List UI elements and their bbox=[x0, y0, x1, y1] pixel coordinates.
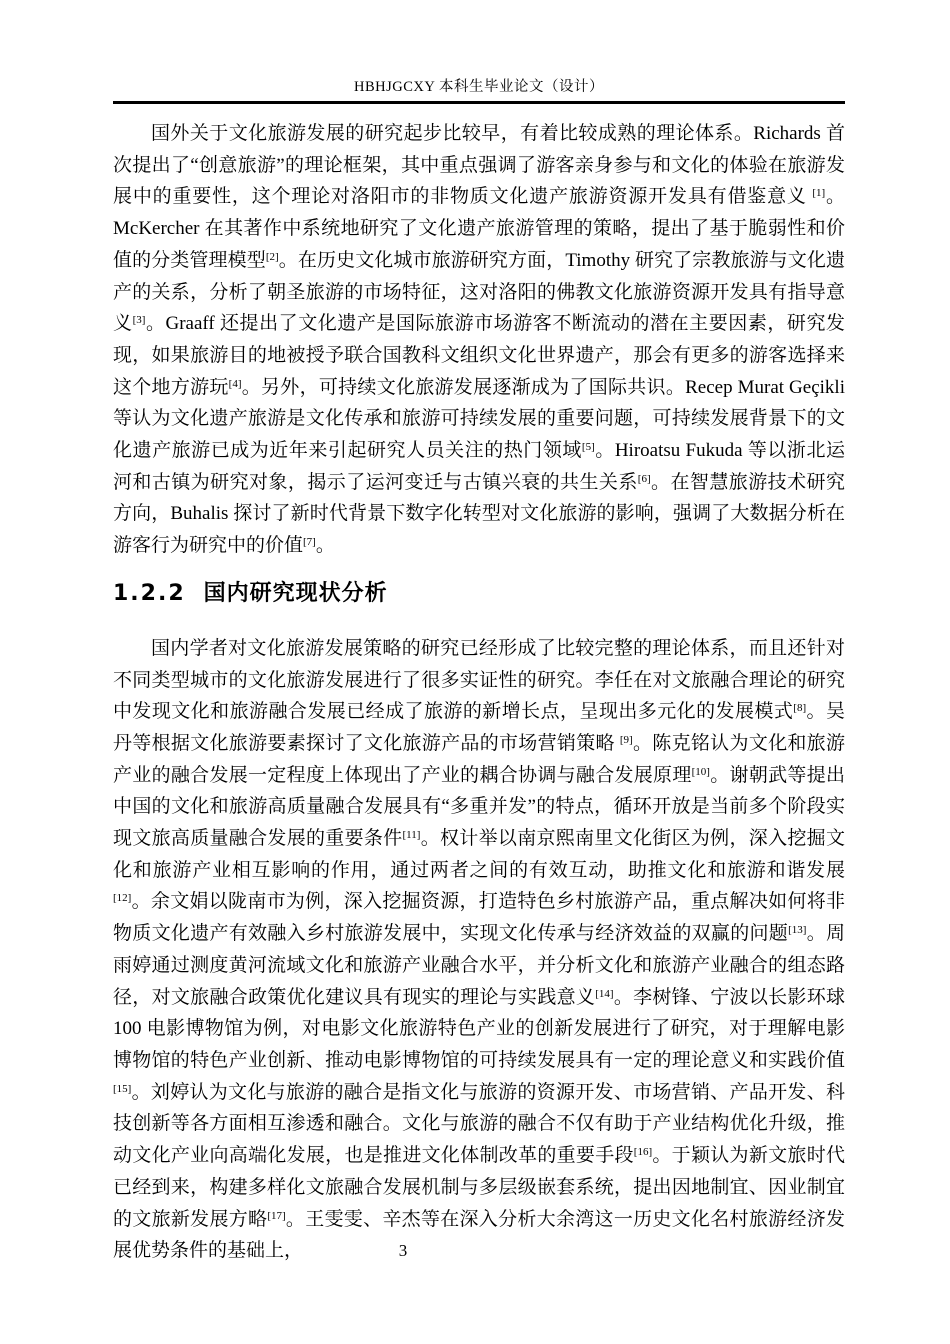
citation-ref: [3] bbox=[133, 314, 146, 326]
citation-ref: [13] bbox=[788, 924, 806, 936]
citation-ref: [15] bbox=[113, 1083, 131, 1095]
page-body: 国外关于文化旅游发展的研究起步比较早，有着比较成熟的理论体系。Richards … bbox=[113, 118, 845, 1267]
section-number: 1.2.2 bbox=[113, 581, 186, 606]
citation-ref: [1] bbox=[812, 187, 825, 199]
citation-ref: [9] bbox=[620, 734, 633, 746]
page-number: 3 bbox=[388, 1240, 418, 1262]
paragraph-domestic-research: 国内学者对文化旅游发展策略的研究已经形成了比较完整的理论体系，而且还针对不同类型… bbox=[113, 633, 845, 1267]
citation-ref: [10] bbox=[692, 766, 710, 778]
citation-ref: [2] bbox=[266, 251, 279, 263]
citation-ref: [11] bbox=[402, 829, 420, 841]
page-header: HBHJGCXY 本科生毕业论文（设计） bbox=[113, 79, 845, 104]
citation-ref: [16] bbox=[634, 1146, 652, 1158]
citation-ref: [12] bbox=[113, 892, 131, 904]
citation-ref: [6] bbox=[638, 473, 651, 485]
citation-ref: [4] bbox=[229, 378, 242, 390]
document-page: HBHJGCXY 本科生毕业论文（设计） 国外关于文化旅游发展的研究起步比较早，… bbox=[0, 0, 950, 1344]
section-title: 国内研究现状分析 bbox=[204, 581, 388, 606]
header-title: HBHJGCXY 本科生毕业论文（设计） bbox=[354, 79, 604, 95]
citation-ref: [14] bbox=[595, 988, 613, 1000]
citation-ref: [5] bbox=[582, 441, 595, 453]
citation-ref: [17] bbox=[267, 1210, 285, 1222]
paragraph-overseas-research: 国外关于文化旅游发展的研究起步比较早，有着比较成熟的理论体系。Richards … bbox=[113, 118, 845, 562]
citation-ref: [7] bbox=[303, 536, 316, 548]
section-heading: 1.2.2国内研究现状分析 bbox=[113, 578, 845, 610]
citation-ref: [8] bbox=[793, 702, 806, 714]
